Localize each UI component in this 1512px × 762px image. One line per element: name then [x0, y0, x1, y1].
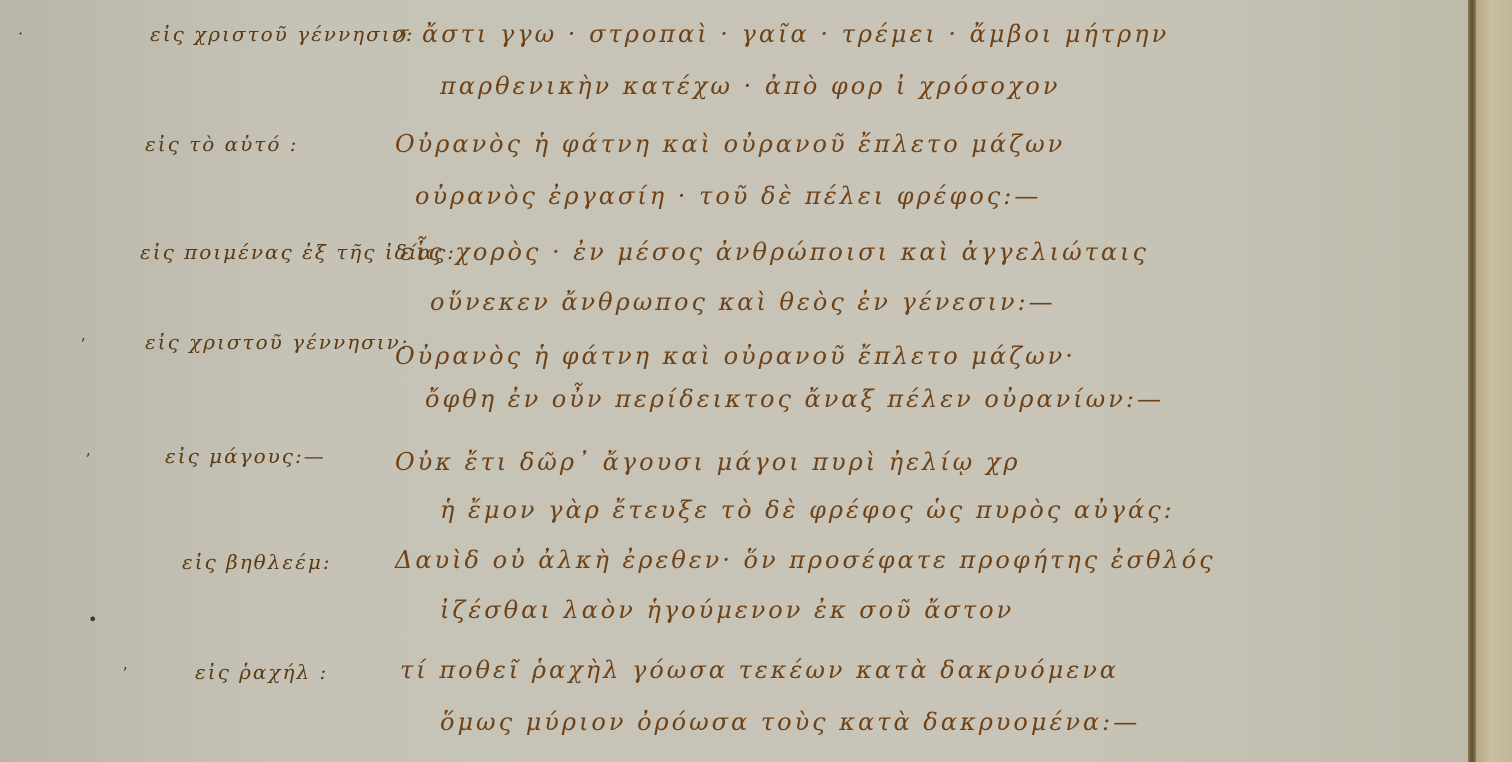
margin-dot: •	[88, 610, 97, 629]
verse-line: ἡ ἔμον γὰρ ἔτευξε τὸ δὲ φρέφος ὡς πυρὸς …	[440, 496, 1175, 524]
margin-mark: ʼ	[122, 664, 127, 683]
verse-line: Οὐρανὸς ἡ φάτνη καὶ οὐρανοῦ ἔπλετο μάζων	[395, 130, 1065, 158]
adjacent-page-edge	[1476, 0, 1512, 762]
verse-line: σ ἄστι γγω · στροπαὶ · γαῖα · τρέμει · ἄ…	[392, 20, 1169, 48]
verse-line: τί ποθεῖ ῥαχὴλ γόωσα τεκέων κατὰ δακρυόμ…	[400, 656, 1119, 684]
verse-line: ἰζέσθαι λαὸν ἡγούμενον ἐκ σοῦ ἄστον	[440, 596, 1014, 624]
verse-line: ὄφθη ἐν οὖν περίδεικτος ἄναξ πέλεν οὐραν…	[425, 385, 1164, 413]
verse-line: Οὐρανὸς ἡ φάτνη καὶ οὐρανοῦ ἔπλετο μάζων…	[395, 342, 1076, 370]
entry-heading: εἰς χριστοῦ γέννησιν:	[150, 22, 415, 46]
verse-line: Οὐκ ἔτι δῶρ᾽ ἄγουσι μάγοι πυρὶ ἠελίῳ χρ	[395, 448, 1020, 476]
verse-line: Δαυὶδ οὐ ἀλκὴ ἐρεθεν· ὅν προσέφατε προφή…	[395, 546, 1216, 574]
entry-heading: εἰς τὸ αὐτό :	[145, 132, 298, 156]
entry-heading: εἰς μάγους:—	[165, 444, 326, 468]
verse-line: εἷς χορὸς · ἐν μέσος ἀνθρώποισι καὶ ἀγγε…	[400, 238, 1149, 266]
margin-mark: ʼ	[80, 335, 85, 354]
page-gutter	[1468, 0, 1476, 762]
verse-line: οὐρανὸς ἐργασίη · τοῦ δὲ πέλει φρέφος:—	[415, 182, 1041, 210]
verse-line: οὕνεκεν ἄνθρωπος καὶ θεὸς ἐν γένεσιν:—	[430, 288, 1056, 316]
manuscript-page: · εἰς χριστοῦ γέννησιν: σ ἄστι γγω · στρ…	[0, 0, 1470, 762]
margin-mark: ʼ	[85, 450, 90, 469]
verse-line: παρθενικὴν κατέχω · ἀπὸ φορ ἰ χρόσοχον	[440, 72, 1060, 100]
margin-dot: ·	[18, 24, 23, 43]
entry-heading: εἰς χριστοῦ γέννησιν:	[145, 330, 410, 354]
entry-heading: εἰς βηθλεέμ:	[182, 550, 332, 574]
verse-line: ὅμως μύριον ὀρόωσα τοὺς κατὰ δακρυομένα:…	[440, 708, 1140, 736]
entry-heading: εἰς ῥαχήλ :	[195, 660, 328, 684]
